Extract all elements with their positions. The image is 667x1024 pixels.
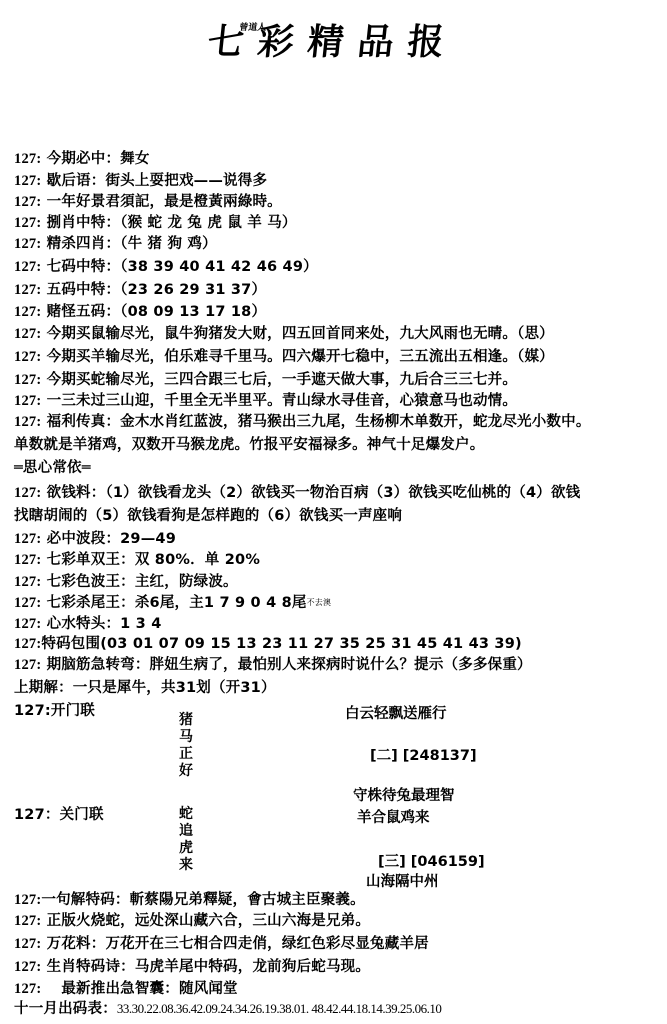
close-couplet-line2: 山海隔中州 <box>366 870 439 891</box>
open-couplet-line2: 守株待兔最理智 <box>353 784 455 805</box>
open-couplet-bracket: [二] [248137] <box>370 744 477 765</box>
line-20: 127: 七彩杀尾王：杀6尾，主1 7 9 0 4 8尾不去澳 <box>14 594 331 612</box>
line-16: 找瞎胡闹的（5）欲钱看狗是怎样跑的（6）欲钱买一声座响 <box>14 507 402 525</box>
line-18: 127: 七彩单双王：双 80%．单 20% <box>14 551 260 569</box>
title-small-text: 曾道人 <box>239 20 267 33</box>
line-15: 127: 欲钱料：（1）欲钱看龙头（2）欲钱买一物治百病（3）欲钱买吃仙桃的（4… <box>14 484 580 502</box>
line-3: 127: 捌肖中特：（猴 蛇 龙 兔 虎 鼠 羊 马） <box>14 214 297 232</box>
close-couplet-vertical: 蛇追虎来 <box>178 806 194 874</box>
open-couplet-vertical: 猪马正好 <box>178 712 194 780</box>
note-text: 不去澳 <box>307 598 332 607</box>
monthly-table: 十一月出码表：33.30.22.08.36.42.09.24.34.26.19.… <box>14 1000 441 1018</box>
header: 曾道人 七彩精品报 <box>0 14 667 65</box>
line-24: 上期解：一只是犀牛，共31划（开31） <box>14 679 276 697</box>
line-12: 127: 福利传真：金木水肖红蓝波，猪马猴出三九尾，生杨柳木单数开，蛇龙尽光小数… <box>14 413 591 431</box>
line-19: 127: 七彩色波王：主红，防绿波。 <box>14 573 238 591</box>
line-17: 127: 必中波段：29—49 <box>14 530 176 548</box>
line-9: 127: 今期买羊输尽光，伯乐难寻千里马。四六爆开七稳中，三五流出五相逢。（媒） <box>14 348 554 366</box>
line-22: 127:特码包围(03 01 07 09 15 13 23 11 27 35 2… <box>14 635 522 653</box>
section-heading: ═思心常依═ <box>14 459 91 477</box>
line-0: 127: 今期必中：舞女 <box>14 150 150 168</box>
close-couplet-line: 羊合鼠鸡来 <box>357 806 430 827</box>
bottom-line-4: 127: 最新推出急智囊：随风闻堂 <box>14 980 238 998</box>
bottom-line-2: 127: 万花料：万花开在三七相合四走俏，绿红色彩尽显兔藏羊居 <box>14 935 429 953</box>
open-couplet-label: 127:开门联 <box>14 702 95 720</box>
line-10: 127: 今期买蛇输尽光，三四合跟三七后，一手遮天做大事，九后合三三七并。 <box>14 371 517 389</box>
line-13: 单数就是羊猪鸡，双数开马猴龙虎。竹报平安福禄多。神气十足爆发户。 <box>14 436 484 454</box>
line-23: 127: 期脑筋急转弯：胖妞生病了，最怕别人来探病时说什么？提示（多多保重） <box>14 656 532 674</box>
bottom-line-3: 127: 生肖特码诗：马虎羊尾中特码，龙前狗后蛇马现。 <box>14 958 370 976</box>
line-2: 127: 一年好景君須記，最是橙黃兩綠時。 <box>14 193 282 211</box>
line-7: 127: 赌怪五码：（08 09 13 17 18） <box>14 303 266 321</box>
line-21: 127: 心水特头：1 3 4 <box>14 615 162 633</box>
line-5: 127: 七码中特：（38 39 40 41 42 46 49） <box>14 258 318 276</box>
close-couplet-label: 127：关门联 <box>14 806 104 824</box>
bottom-line-1: 127: 正版火烧蛇，远处深山藏六合，三山六海是兄弟。 <box>14 912 370 930</box>
line-8: 127: 今期买鼠输尽光，鼠牛狗猪发大财，四五回首同来处，九大风雨也无晴。（思） <box>14 325 554 343</box>
close-couplet-bracket: [三] [046159] <box>378 850 485 871</box>
line-11: 127: 一三未过三山迎，千里全无半里平。青山绿水寻佳音，心猿意马也动情。 <box>14 392 517 410</box>
line-6: 127: 五码中特：（23 26 29 31 37） <box>14 281 266 299</box>
page-title: 曾道人 七彩精品报 <box>206 14 461 65</box>
bottom-line-0: 127:一句解特码：斬蔡陽兄弟釋疑，會古城主臣聚義。 <box>14 891 365 909</box>
line-4: 127: 精杀四肖：（牛 猪 狗 鸡） <box>14 235 217 253</box>
open-couplet-line: 白云轻飘送雁行 <box>345 702 447 723</box>
line-1: 127: 歇后语：街头上耍把戏——说得多 <box>14 172 267 190</box>
